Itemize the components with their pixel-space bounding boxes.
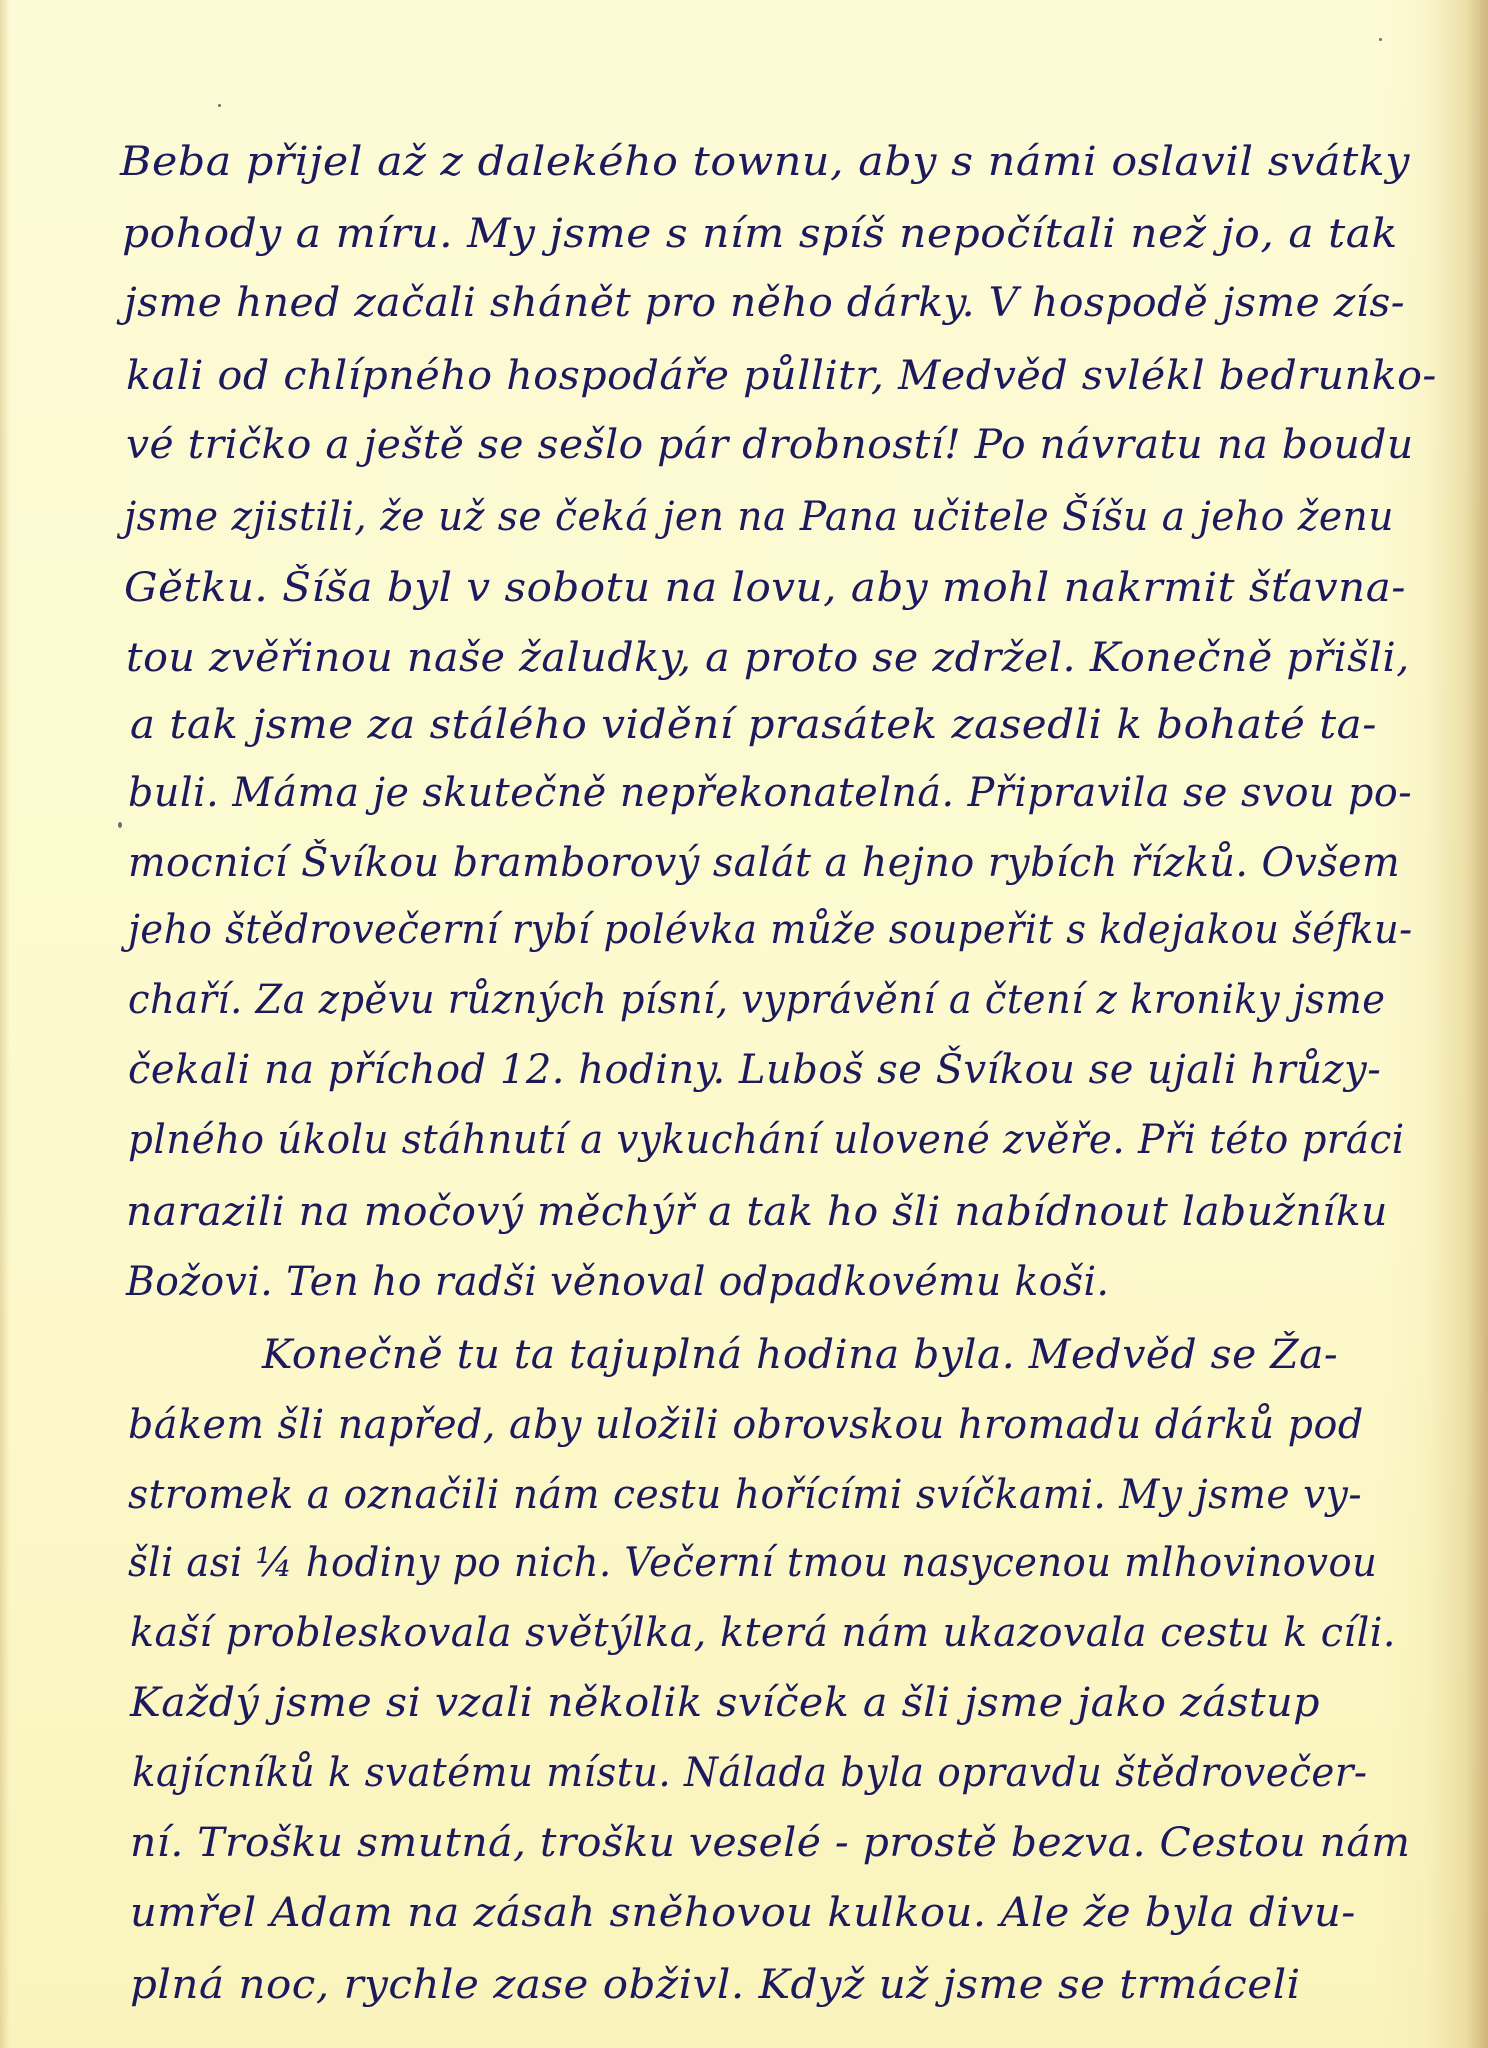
ink-speck	[118, 822, 122, 828]
text-line: kajícníků k svatému místu. Nálada byla o…	[132, 1753, 1367, 1793]
text-line: chaří. Za zpěvu různých písní, vyprávění…	[128, 980, 1386, 1020]
text-line: jsme hned začali shánět pro něho dárky. …	[124, 283, 1405, 323]
text-line: Beba přijel až z dalekého townu, aby s n…	[120, 142, 1410, 182]
notebook-page: Beba přijel až z dalekého townu, aby s n…	[0, 0, 1488, 2048]
text-line: narazili na močový měchýř a tak ho šli n…	[126, 1192, 1388, 1232]
text-line: plná noc, rychle zase obživl. Když už js…	[130, 1965, 1301, 2005]
text-line: Konečně tu ta tajuplná hodina byla. Medv…	[262, 1335, 1338, 1375]
text-line: buli. Máma je skutečně nepřekonatelná. P…	[128, 773, 1412, 813]
text-line: vé tričko a ještě se sešlo pár drobností…	[126, 425, 1414, 465]
text-line: Gětku. Šíša byl v sobotu na lovu, aby mo…	[124, 568, 1406, 608]
text-line: a tak jsme za stálého vidění prasátek za…	[130, 705, 1377, 745]
text-line: umřel Adam na zásah sněhovou kulkou. Ale…	[130, 1893, 1356, 1933]
text-line: Každý jsme si vzali několik svíček a šli…	[130, 1683, 1320, 1723]
text-line: plného úkolu stáhnutí a vykuchání uloven…	[128, 1120, 1405, 1160]
text-line: tou zvěřinou naše žaludky, a proto se zd…	[126, 638, 1410, 678]
text-line: kali od chlípného hospodáře půllitr, Med…	[126, 356, 1437, 396]
text-line: šli asi ¼ hodiny po nich. Večerní tmou n…	[128, 1543, 1377, 1583]
ink-speck	[1379, 38, 1382, 41]
text-line: Božovi. Ten ho radši věnoval odpadkovému…	[126, 1262, 1109, 1302]
text-line: bákem šli napřed, aby uložili obrovskou …	[128, 1405, 1364, 1445]
text-line: čekali na příchod 12. hodiny. Luboš se Š…	[128, 1050, 1381, 1090]
text-line: mocnicí Švíkou bramborový salát a hejno …	[128, 843, 1400, 883]
text-line: jsme zjistili, že už se čeká jen na Pana…	[124, 497, 1394, 537]
text-line: ní. Trošku smutná, trošku veselé - prost…	[130, 1823, 1410, 1863]
text-line: stromek a označili nám cestu hořícími sv…	[128, 1475, 1362, 1515]
text-line: jeho štědrovečerní rybí polévka může sou…	[128, 910, 1413, 950]
text-line: kaší probleskovala světýlka, která nám u…	[130, 1613, 1396, 1653]
text-line: pohody a míru. My jsme s ním spíš nepočí…	[122, 214, 1398, 254]
ink-speck	[218, 104, 221, 107]
